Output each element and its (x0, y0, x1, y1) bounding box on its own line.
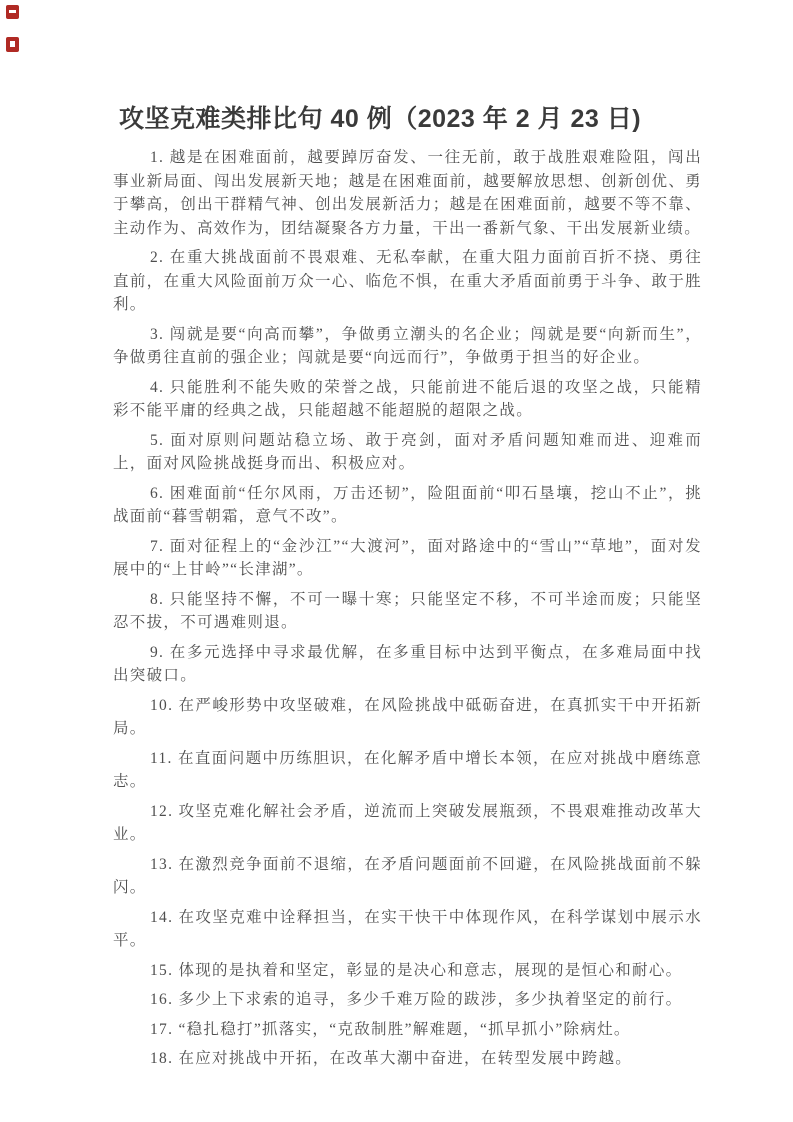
red-annotation-marker-icon (6, 5, 19, 19)
red-annotation-marker-icon (6, 37, 19, 52)
paragraph-2: 2. 在重大挑战面前不畏艰难、无私奉献，在重大阻力面前百折不挠、勇往直前，在重大… (113, 246, 702, 317)
paragraph-16: 16. 多少上下求索的追寻，多少千难万险的跋涉，多少执着坚定的前行。 (113, 988, 702, 1012)
paragraph-7: 7. 面对征程上的“金沙江”“大渡河”，面对路途中的“雪山”“草地”，面对发展中… (113, 535, 702, 582)
paragraph-18: 18. 在应对挑战中开拓，在改革大潮中奋进，在转型发展中跨越。 (113, 1047, 702, 1071)
page-title: 攻坚克难类排比句 40 例（2023 年 2 月 23 日) (119, 101, 641, 137)
marker-detail (10, 41, 15, 47)
paragraph-5: 5. 面对原则问题站稳立场、敢于亮剑，面对矛盾问题知难而进、迎难而上，面对风险挑… (113, 429, 702, 476)
document-page: 攻坚克难类排比句 40 例（2023 年 2 月 23 日) 1. 越是在困难面… (0, 0, 793, 1122)
paragraph-12: 12. 攻坚克难化解社会矛盾，逆流而上突破发展瓶颈，不畏艰难推动改革大业。 (113, 800, 702, 847)
paragraph-13: 13. 在激烈竞争面前不退缩，在矛盾问题面前不回避，在风险挑战面前不躲闪。 (113, 853, 702, 900)
paragraph-6: 6. 困难面前“任尔风雨，万击还韧”，险阻面前“叩石垦壤，挖山不止”，挑战面前“… (113, 482, 702, 529)
paragraph-1: 1. 越是在困难面前，越要踔厉奋发、一往无前，敢于战胜艰难险阻，闯出事业新局面、… (113, 146, 702, 240)
document-body: 1. 越是在困难面前，越要踔厉奋发、一往无前，敢于战胜艰难险阻，闯出事业新局面、… (113, 146, 702, 1077)
paragraph-15: 15. 体现的是执着和坚定，彰显的是决心和意志，展现的是恒心和耐心。 (113, 959, 702, 983)
marker-detail (9, 10, 16, 13)
paragraph-14: 14. 在攻坚克难中诠释担当，在实干快干中体现作风，在科学谋划中展示水平。 (113, 906, 702, 953)
paragraph-17: 17. “稳扎稳打”抓落实，“克敌制胜”解难题，“抓早抓小”除病灶。 (113, 1018, 702, 1042)
paragraph-8: 8. 只能坚持不懈，不可一曝十寒；只能坚定不移，不可半途而废；只能坚忍不拔，不可… (113, 588, 702, 635)
paragraph-4: 4. 只能胜利不能失败的荣誉之战，只能前进不能后退的攻坚之战，只能精彩不能平庸的… (113, 376, 702, 423)
paragraph-3: 3. 闯就是要“向高而攀”，争做勇立潮头的名企业；闯就是要“向新而生”，争做勇往… (113, 323, 702, 370)
paragraph-10: 10. 在严峻形势中攻坚破难，在风险挑战中砥砺奋进，在真抓实干中开拓新局。 (113, 694, 702, 741)
paragraph-9: 9. 在多元选择中寻求最优解，在多重目标中达到平衡点，在多难局面中找出突破口。 (113, 641, 702, 688)
paragraph-11: 11. 在直面问题中历练胆识，在化解矛盾中增长本领，在应对挑战中磨练意志。 (113, 747, 702, 794)
